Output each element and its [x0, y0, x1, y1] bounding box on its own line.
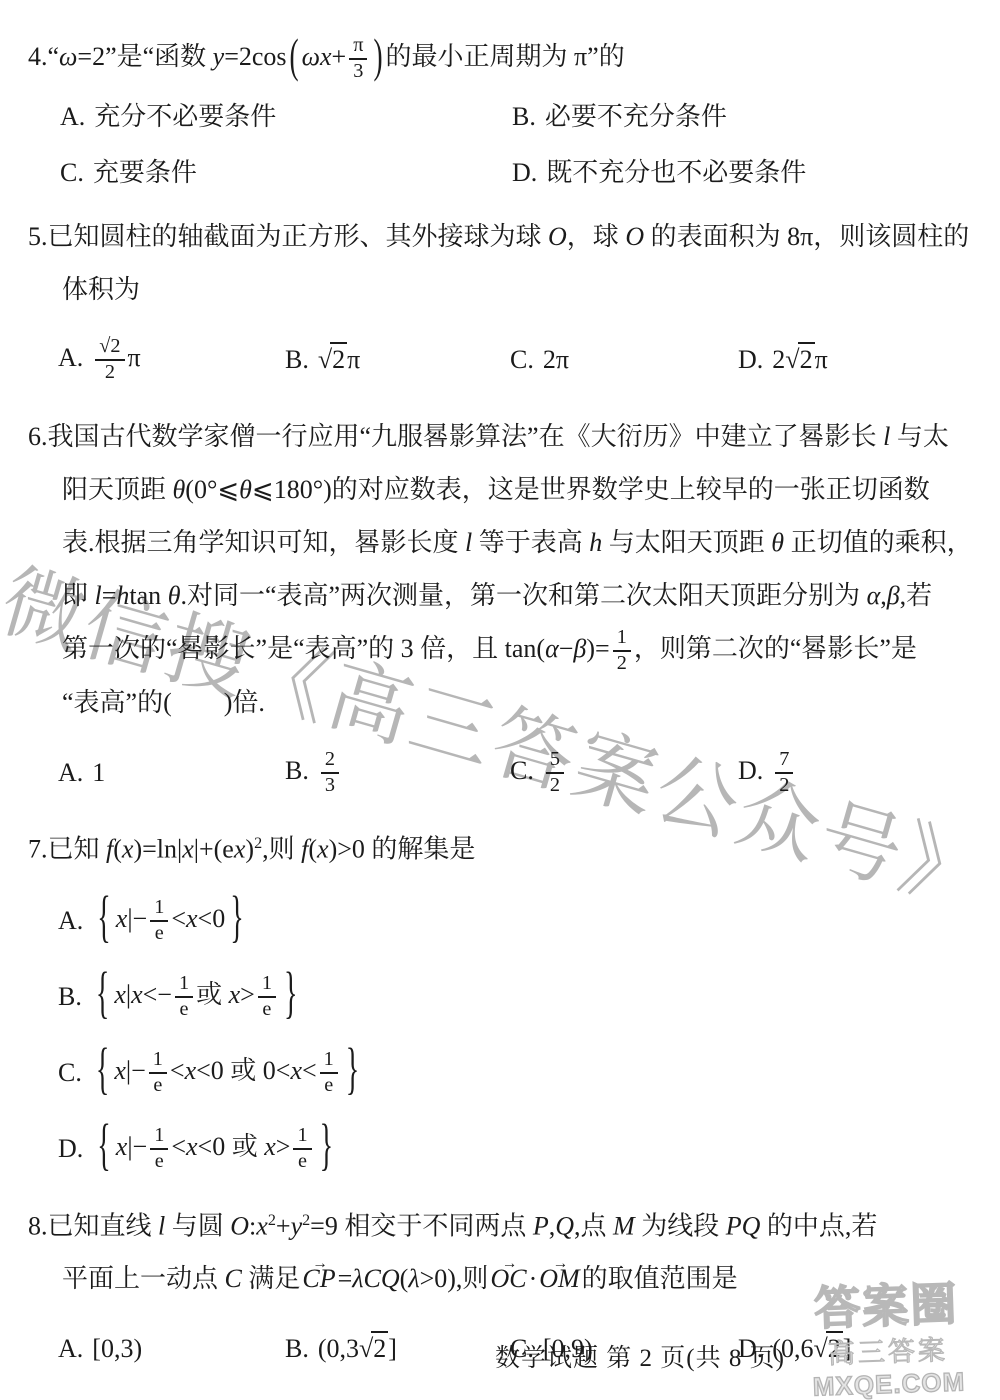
option-label: C.: [60, 158, 84, 187]
footer-page-indicator: 数学试题 第 2 页(共 8 页): [495, 1345, 785, 1372]
question-6-line-4: 即 l=htan θ.对同一“表高”两次测量，第一次和第二次太阳天顶距分别为 α…: [28, 569, 974, 622]
option-content: 23: [318, 756, 342, 785]
question-5-option-D: D.2√2π: [738, 345, 974, 375]
option-content: √2π: [318, 342, 360, 374]
option-label: B.: [285, 345, 309, 374]
questions-container: 4.“ω=2”是“函数 y=2cos(ωx+π3)的最小正周期为 π”的A.充分…: [28, 30, 974, 1385]
question-6-option-D: D.72: [738, 748, 974, 798]
question-6-option-A: A.1: [58, 758, 285, 788]
option-label: D.: [738, 345, 763, 374]
option-label: C.: [510, 756, 534, 785]
option-label: A.: [58, 1334, 83, 1363]
question-4-option-C: C.充要条件: [60, 156, 512, 190]
option-label: B.: [58, 982, 82, 1012]
page-footer: 数学试题 第 2 页(共 8 页): [290, 1338, 990, 1374]
question-6-line-3: 表.根据三角学知识可知，晷影长度 l 等于表高 h 与太阳天顶距 θ 正切值的乘…: [28, 516, 974, 569]
option-label: A.: [58, 343, 83, 372]
option-label: C.: [510, 345, 534, 374]
question-7-option-A: A.{x|−1e<x<0}: [28, 890, 974, 952]
question-4: 4.“ω=2”是“函数 y=2cos(ωx+π3)的最小正周期为 π”的A.充分…: [28, 30, 974, 190]
question-8-line-2: 平面上一动点 C 满足→CP=λCQ(λ>0),则→OC·→OM的取值范围是: [28, 1252, 974, 1305]
option-content: 2π: [543, 345, 569, 374]
option-label: A.: [58, 906, 83, 936]
option-content: {x|−1e<x<0}: [92, 896, 248, 946]
option-content: 1: [92, 758, 105, 787]
option-content: [0,3): [92, 1334, 142, 1363]
option-content: 充要条件: [93, 158, 197, 187]
question-7: 7.已知 f(x)=ln|x|+(ex)2,则 f(x)>0 的解集是A.{x|…: [28, 817, 974, 1180]
question-7-line-1: 7.已知 f(x)=ln|x|+(ex)2,则 f(x)>0 的解集是: [28, 817, 974, 876]
question-8-option-A: A.[0,3): [58, 1334, 285, 1364]
question-5-option-C: C.2π: [510, 345, 738, 375]
question-4-line-1: 4.“ω=2”是“函数 y=2cos(ωx+π3)的最小正周期为 π”的: [28, 30, 974, 84]
option-label: D.: [58, 1134, 83, 1164]
question-6-option-B: B.23: [285, 748, 510, 798]
question-5-option-B: B.√2π: [285, 345, 510, 375]
option-label: D.: [738, 756, 763, 785]
question-6-options: A.1B.23C.52D.72: [28, 737, 974, 809]
question-7-options: A.{x|−1e<x<0}B.{x|x<−1e或 x>1e}C.{x|−1e<x…: [28, 890, 974, 1180]
question-7-option-D: D.{x|−1e<x<0 或 x>1e}: [28, 1118, 974, 1180]
exam-page: 微信搜《高三答案公众号》 4.“ω=2”是“函数 y=2cos(ωx+π3)的最…: [0, 0, 1000, 1400]
option-content: 既不充分也不必要条件: [546, 158, 806, 187]
option-content: 必要不充分条件: [545, 102, 727, 131]
option-content: {x|−1e<x<0 或 0<x<1e}: [91, 1048, 364, 1098]
question-5-line-2: 体积为: [28, 263, 974, 316]
option-label: B.: [512, 102, 536, 131]
question-4-option-A: A.充分不必要条件: [60, 100, 512, 134]
question-5-option-A: A.√22π: [58, 335, 285, 385]
option-content: {x|−1e<x<0 或 x>1e}: [92, 1124, 338, 1174]
option-label: B.: [285, 756, 309, 785]
question-4-options: A.充分不必要条件B.必要不充分条件C.充要条件D.既不充分也不必要条件: [28, 100, 974, 190]
question-4-option-D: D.既不充分也不必要条件: [512, 156, 974, 190]
question-6-line-2: 阳天顶距 θ(0°⩽θ⩽180°)的对应数表，这是世界数学史上较早的一张正切函数: [28, 463, 974, 516]
question-7-option-C: C.{x|−1e<x<0 或 0<x<1e}: [28, 1042, 974, 1104]
option-content: 2√2π: [772, 342, 827, 374]
question-5-line-1: 5.已知圆柱的轴截面为正方形、其外接球为球 O，球 O 的表面积为 8π，则该圆…: [28, 210, 974, 263]
question-7-option-B: B.{x|x<−1e或 x>1e}: [28, 966, 974, 1028]
option-label: A.: [60, 102, 85, 131]
option-content: 72: [772, 756, 796, 785]
option-content: 充分不必要条件: [94, 102, 276, 131]
option-label: D.: [512, 158, 537, 187]
question-6-option-C: C.52: [510, 748, 738, 798]
question-6-line-1: 6.我国古代数学家僧一行应用“九服晷影算法”在《大衍历》中建立了晷影长 l 与太: [28, 410, 974, 463]
option-content: {x|x<−1e或 x>1e}: [91, 972, 303, 1022]
question-6: 6.我国古代数学家僧一行应用“九服晷影算法”在《大衍历》中建立了晷影长 l 与太…: [28, 410, 974, 809]
option-label: A.: [58, 758, 83, 787]
question-6-line-6: “表高”的( )倍.: [28, 676, 974, 729]
option-content: 52: [543, 756, 567, 785]
question-5: 5.已知圆柱的轴截面为正方形、其外接球为球 O，球 O 的表面积为 8π，则该圆…: [28, 210, 974, 396]
question-6-line-5: 第一次的“晷影长”是“表高”的 3 倍，且 tan(α−β)=12，则第二次的“…: [28, 622, 974, 676]
question-4-option-B: B.必要不充分条件: [512, 100, 974, 134]
question-5-options: A.√22πB.√2πC.2πD.2√2π: [28, 324, 974, 396]
option-label: C.: [58, 1058, 82, 1088]
option-content: √22π: [92, 343, 140, 372]
